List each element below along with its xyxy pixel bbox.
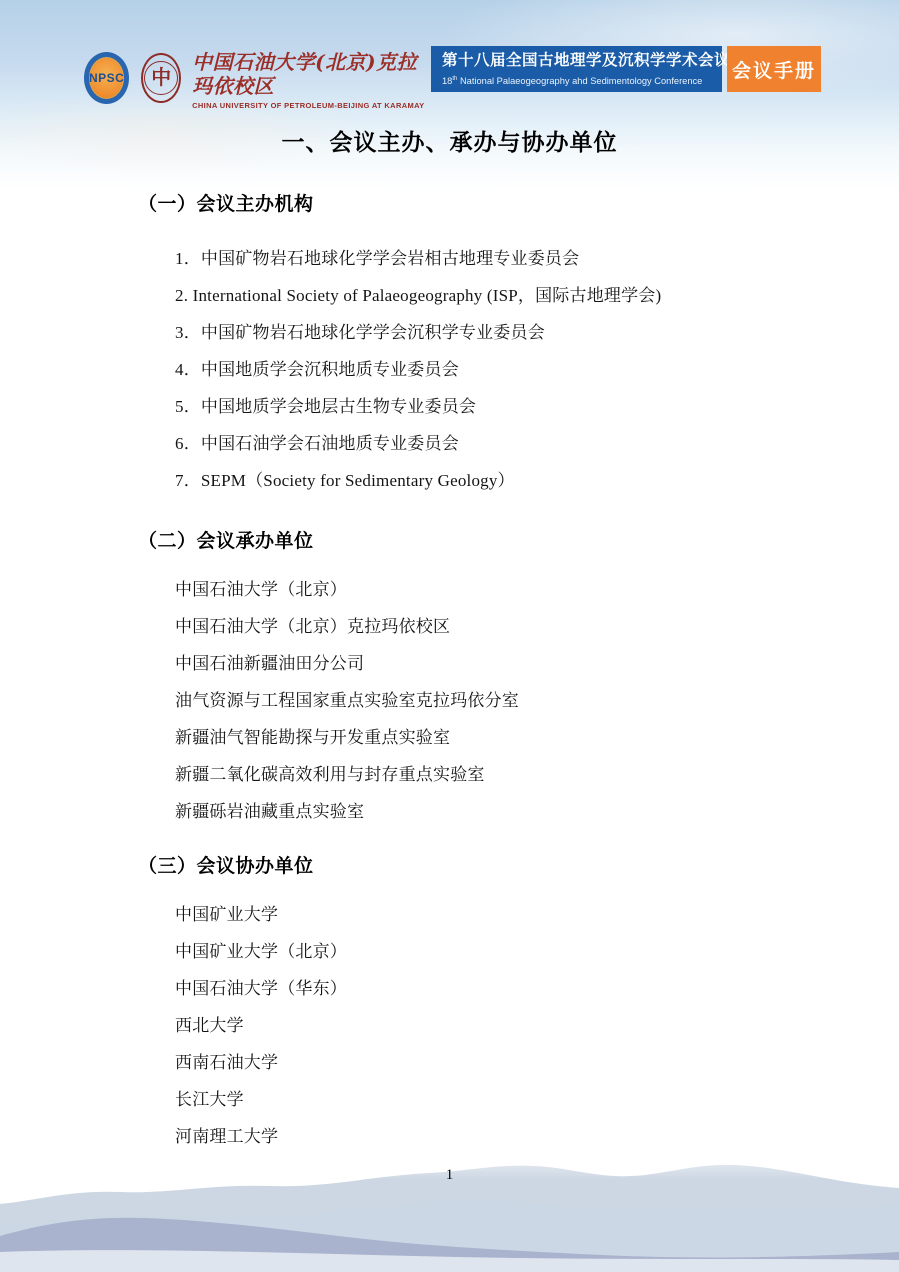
co-organizer-units-list: 中国矿业大学 中国矿业大学（北京） 中国石油大学（华东） 西北大学 西南石油大学… [175,896,899,1155]
conference-title-en-number: 18 [442,76,452,86]
list-item: 2. International Society of Palaeogeogra… [175,277,899,314]
university-name-block: 中国石油大学(北京)克拉玛依校区 CHINA UNIVERSITY OF PET… [192,46,431,110]
conference-title-box: 第十八届全国古地理学及沉积学学术会议 18th National Palaeog… [431,46,722,92]
list-item: 6．中国石油学会石油地质专业委员会 [175,425,899,462]
handbook-label-box: 会议手册 [727,46,821,92]
list-item: 油气资源与工程国家重点实验室克拉玛依分室 [175,682,899,719]
list-item: 河南理工大学 [175,1118,899,1155]
logo-group: NPSC 中 中国石油大学(北京)克拉玛依校区 CHINA UNIVERSITY… [84,46,431,110]
page-content: NPSC 中 中国石油大学(北京)克拉玛依校区 CHINA UNIVERSITY… [0,0,899,1155]
university-seal-icon: 中 [141,53,181,103]
mountain-footer-illustration [0,1140,899,1272]
page-title: 一、会议主办、承办与协办单位 [0,126,899,158]
page-number: 1 [0,1167,899,1184]
university-seal-emblem: 中 [151,68,171,88]
list-item: 中国石油大学（北京）克拉玛依校区 [175,608,899,645]
list-item: 5．中国地质学会地层古生物专业委员会 [175,388,899,425]
list-item: 西北大学 [175,1007,899,1044]
handbook-label: 会议手册 [732,56,816,83]
section-heading-co-organizers: （三）会议协办单位 [138,852,899,882]
host-organizations-list: 1．中国矿物岩石地球化学学会岩相古地理专业委员会 2. Internationa… [175,240,899,499]
list-item: 中国石油大学（北京） [175,571,899,608]
handbook-page: NPSC 中 中国石油大学(北京)克拉玛依校区 CHINA UNIVERSITY… [0,0,899,1272]
page-header: NPSC 中 中国石油大学(北京)克拉玛依校区 CHINA UNIVERSITY… [0,0,899,104]
list-item: 西南石油大学 [175,1044,899,1081]
npsc-conference-logo-icon: NPSC [84,52,129,104]
list-item: 中国石油大学（华东） [175,970,899,1007]
university-name-cn: 中国石油大学(北京)克拉玛依校区 [192,50,431,98]
section-heading-hosts: （一）会议主办机构 [138,190,899,220]
conference-title-en-rest: National Palaeogeography ahd Sedimentolo… [457,76,702,86]
university-seal-inner-ring: 中 [144,61,178,95]
organizer-units-list: 中国石油大学（北京） 中国石油大学（北京）克拉玛依校区 中国石油新疆油田分公司 … [175,571,899,830]
conference-title-cn: 第十八届全国古地理学及沉积学学术会议 [442,51,711,71]
list-item: 新疆砾岩油藏重点实验室 [175,793,899,830]
list-item: 长江大学 [175,1081,899,1118]
list-item: 7．SEPM（Society for Sedimentary Geology） [175,462,899,499]
list-item: 1．中国矿物岩石地球化学学会岩相古地理专业委员会 [175,240,899,277]
conference-banner: 第十八届全国古地理学及沉积学学术会议 18th National Palaeog… [431,46,821,92]
conference-title-en: 18th National Palaeogeography ahd Sedime… [442,73,711,87]
list-item: 中国矿业大学 [175,896,899,933]
list-item: 新疆油气智能勘探与开发重点实验室 [175,719,899,756]
list-item: 中国石油新疆油田分公司 [175,645,899,682]
university-name-en: CHINA UNIVERSITY OF PETROLEUM-BEIJING AT… [192,101,431,110]
list-item: 新疆二氧化碳高效利用与封存重点实验室 [175,756,899,793]
section-heading-organizers: （二）会议承办单位 [138,527,899,557]
list-item: 4．中国地质学会沉积地质专业委员会 [175,351,899,388]
list-item: 3．中国矿物岩石地球化学学会沉积学专业委员会 [175,314,899,351]
list-item: 中国矿业大学（北京） [175,933,899,970]
npsc-badge-label: NPSC [89,71,124,85]
